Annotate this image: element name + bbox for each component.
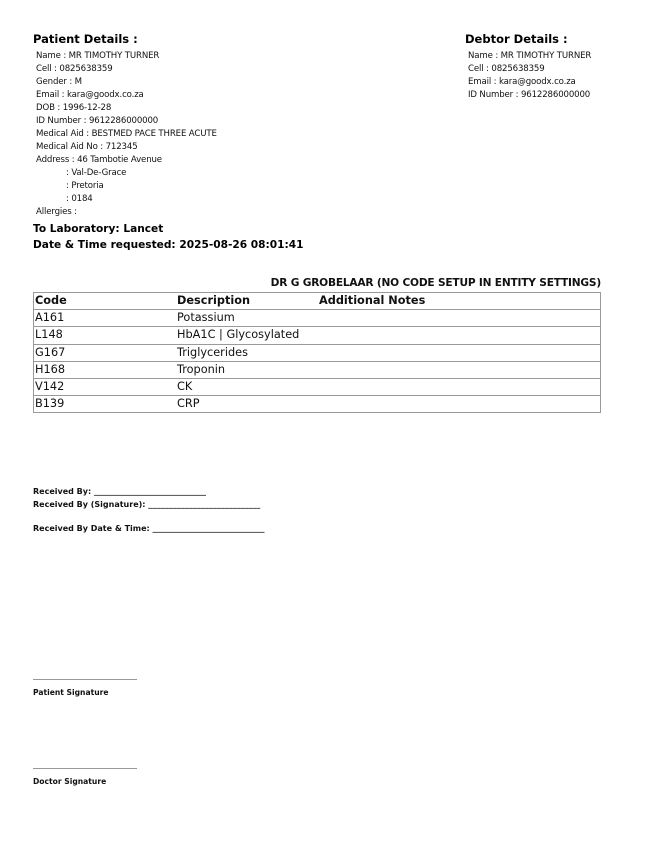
patient-details-block: Name : MR TIMOTHY TURNER Cell : 08256383…	[36, 50, 217, 219]
patient-address-line1: Address : 46 Tambotie Avenue	[36, 154, 217, 167]
received-by-signature: Received By (Signature): _______________…	[33, 499, 265, 512]
debtor-id-number: ID Number : 9612286000000	[468, 89, 591, 102]
debtor-email: Email : kara@goodx.co.za	[468, 76, 591, 89]
received-by-block: Received By: ___________________________…	[33, 486, 265, 536]
patient-email: Email : kara@goodx.co.za	[36, 89, 217, 102]
doctor-signature-label: Doctor Signature	[33, 777, 106, 786]
received-by: Received By: ___________________________…	[33, 486, 265, 499]
cell-description: HbA1C | Glycosylated	[176, 327, 318, 344]
doctor-signature-line	[33, 768, 137, 769]
cell-additional-notes	[318, 344, 601, 361]
cell-code: H168	[34, 361, 177, 378]
patient-address-line2: : Val-De-Grace	[36, 167, 217, 180]
patient-address-line4: : 0184	[36, 193, 217, 206]
received-by-date-time: Received By Date & Time: _______________…	[33, 523, 265, 536]
patient-cell: Cell : 0825638359	[36, 63, 217, 76]
request-meta: To Laboratory: Lancet Date & Time reques…	[33, 221, 304, 253]
debtor-details-heading: Debtor Details :	[465, 32, 568, 46]
to-laboratory: To Laboratory: Lancet	[33, 221, 304, 237]
table-row: L148HbA1C | Glycosylated	[34, 327, 601, 344]
patient-gender: Gender : M	[36, 76, 217, 89]
patient-name: Name : MR TIMOTHY TURNER	[36, 50, 217, 63]
cell-code: L148	[34, 327, 177, 344]
date-time-requested: Date & Time requested: 2025-08-26 08:01:…	[33, 237, 304, 253]
table-header-row: Code Description Additional Notes	[34, 293, 601, 310]
cell-code: A161	[34, 310, 177, 327]
cell-description: CK	[176, 378, 318, 395]
cell-description: Potassium	[176, 310, 318, 327]
patient-address-line3: : Pretoria	[36, 180, 217, 193]
patient-signature-label: Patient Signature	[33, 688, 109, 697]
cell-code: V142	[34, 378, 177, 395]
cell-description: Triglycerides	[176, 344, 318, 361]
cell-additional-notes	[318, 361, 601, 378]
test-codes-table: Code Description Additional Notes A161Po…	[33, 292, 601, 413]
cell-code: G167	[34, 344, 177, 361]
cell-additional-notes	[318, 378, 601, 395]
patient-medical-aid-no: Medical Aid No : 712345	[36, 141, 217, 154]
table-row: G167Triglycerides	[34, 344, 601, 361]
column-header-description: Description	[176, 293, 318, 310]
doctor-name: DR G GROBELAAR (NO CODE SETUP IN ENTITY …	[240, 277, 601, 289]
patient-medical-aid: Medical Aid : BESTMED PACE THREE ACUTE	[36, 128, 217, 141]
cell-code: B139	[34, 396, 177, 413]
patient-details-heading: Patient Details :	[33, 32, 138, 46]
column-header-code: Code	[34, 293, 177, 310]
debtor-cell: Cell : 0825638359	[468, 63, 591, 76]
table-row: B139CRP	[34, 396, 601, 413]
cell-description: CRP	[176, 396, 318, 413]
cell-additional-notes	[318, 396, 601, 413]
patient-signature-line	[33, 679, 137, 680]
table-row: H168Troponin	[34, 361, 601, 378]
cell-additional-notes	[318, 310, 601, 327]
table-row: A161Potassium	[34, 310, 601, 327]
debtor-details-block: Name : MR TIMOTHY TURNER Cell : 08256383…	[468, 50, 591, 102]
table-row: V142CK	[34, 378, 601, 395]
cell-additional-notes	[318, 327, 601, 344]
patient-id-number: ID Number : 9612286000000	[36, 115, 217, 128]
column-header-additional-notes: Additional Notes	[318, 293, 601, 310]
cell-description: Troponin	[176, 361, 318, 378]
patient-dob: DOB : 1996-12-28	[36, 102, 217, 115]
debtor-name: Name : MR TIMOTHY TURNER	[468, 50, 591, 63]
patient-allergies: Allergies :	[36, 206, 217, 219]
